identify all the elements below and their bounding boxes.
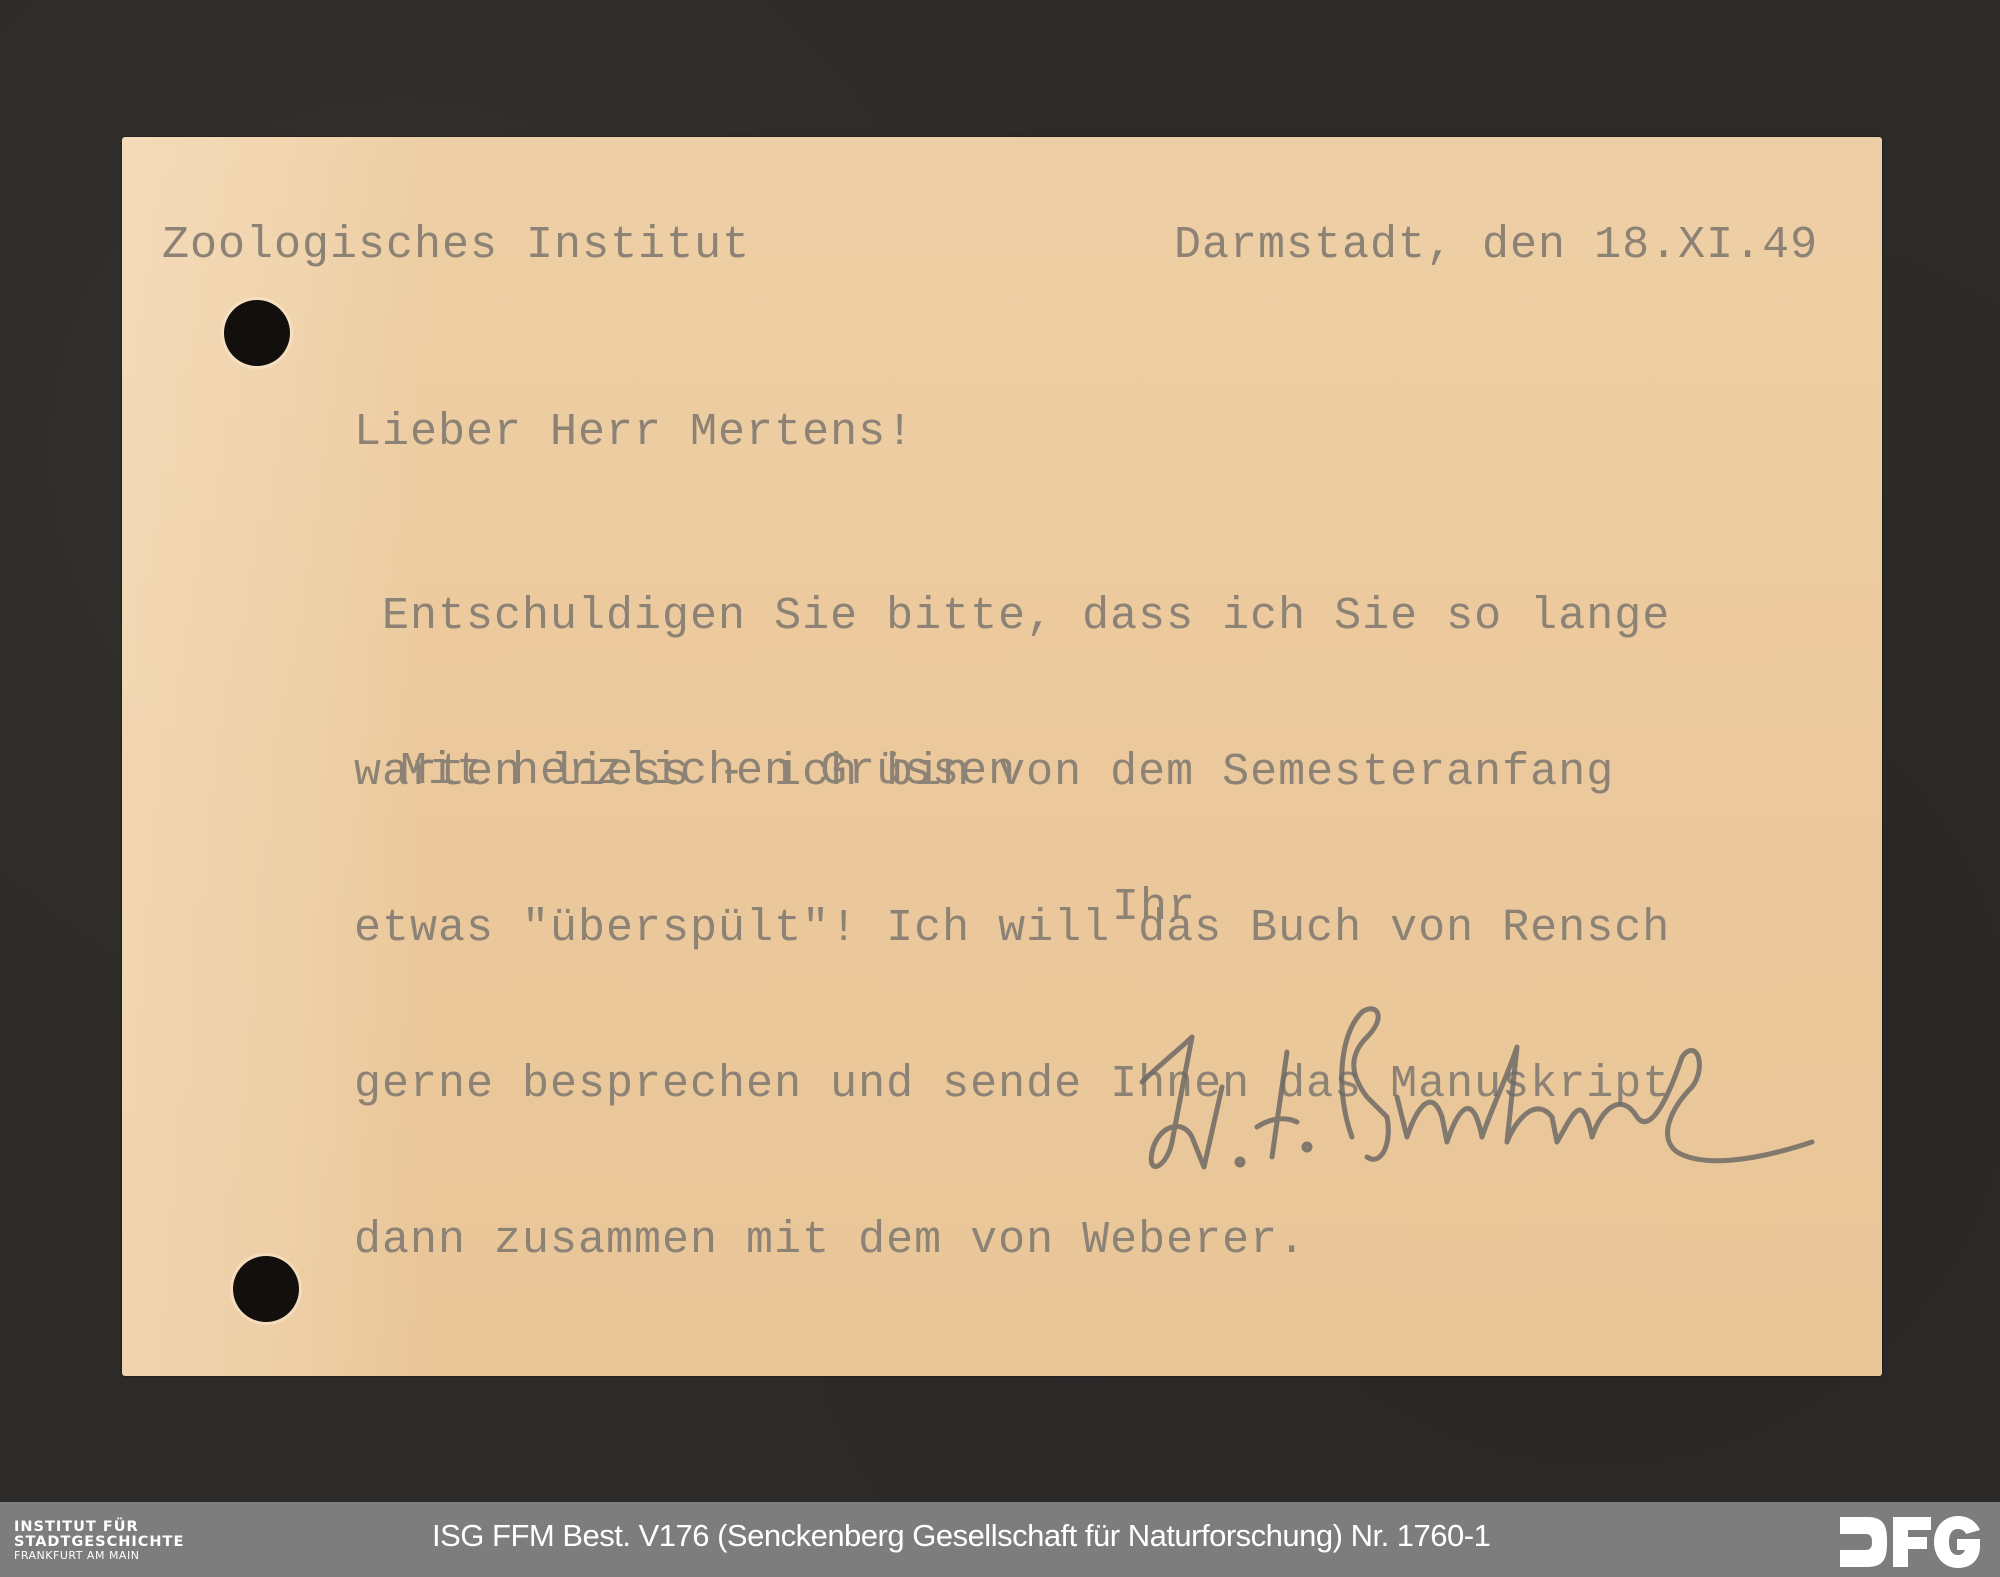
body-line: etwas "überspült"! Ich will das Buch von… xyxy=(354,903,1670,955)
postcard: Zoologisches Institut Darmstadt, den 18.… xyxy=(122,137,1882,1376)
valediction: Ihr xyxy=(1112,885,1196,930)
dfg-logo-icon: DFG xyxy=(1835,1512,1985,1572)
body-line: Entschuldigen Sie bitte, dass ich Sie so… xyxy=(354,591,1670,643)
sender-heading: Zoologisches Institut xyxy=(162,223,750,268)
institute-line-2: STADTGESCHICHTE xyxy=(14,1535,184,1550)
archive-citation: ISG FFM Best. V176 (Senckenberg Gesellsc… xyxy=(432,1518,1490,1554)
salutation: Lieber Herr Mertens! xyxy=(354,410,914,455)
institute-line-1: INSTITUT FÜR xyxy=(14,1520,184,1535)
handwritten-signature: W. E. Ankel (handwritten signature) xyxy=(1112,967,1872,1247)
closing: Mit herzlichen Grüssen xyxy=(400,749,1016,794)
archive-footer: INSTITUT FÜR STADTGESCHICHTE FRANKFURT A… xyxy=(0,1502,2000,1577)
signature-icon xyxy=(1112,967,1872,1247)
punch-hole-bottom xyxy=(233,1256,299,1322)
place-date: Darmstadt, den 18.XI.49 xyxy=(1174,223,1818,268)
institute-line-3: FRANKFURT AM MAIN xyxy=(14,1550,184,1562)
institute-logo: INSTITUT FÜR STADTGESCHICHTE FRANKFURT A… xyxy=(14,1520,184,1562)
scan-background: Zoologisches Institut Darmstadt, den 18.… xyxy=(0,0,2000,1502)
punch-hole-top xyxy=(224,300,290,366)
